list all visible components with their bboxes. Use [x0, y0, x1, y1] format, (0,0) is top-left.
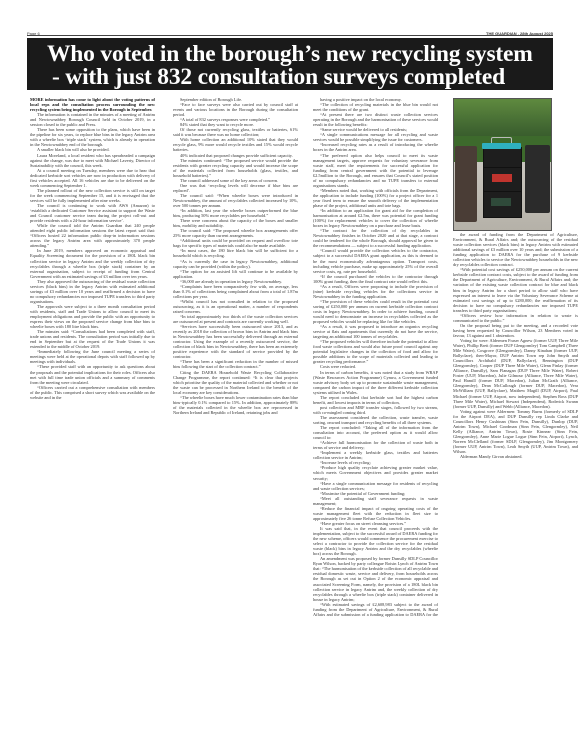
article-paragraph: “The provision of these vehicles could r… — [313, 299, 438, 324]
article-paragraph: The council said: “When wheelie boxes we… — [173, 193, 298, 208]
article-paragraph: Of those not currently recycling glass, … — [173, 127, 298, 137]
article-paragraph: “Face to face surveys were also carried … — [173, 102, 298, 117]
article-paragraph: There has been some opposition to the pl… — [30, 127, 155, 147]
article-paragraph: “The preferred option also helps council… — [313, 153, 438, 188]
article-paragraph: On the proposal being put to the meeting… — [453, 323, 578, 338]
article-paragraph: The assessment considered the collection… — [313, 415, 438, 425]
article-paragraph: Citing the DAERA Household Waste Recycli… — [173, 370, 298, 395]
article-paragraph: Laura Moreland, a local resident who has… — [30, 153, 155, 168]
article-paragraph: “In addition, last year the wheelie boxe… — [173, 208, 298, 218]
black-bin — [525, 145, 550, 213]
article-paragraph: They also approved the outsourcing of th… — [30, 279, 155, 304]
article-lead-paragraph: MORE information has come to light about… — [30, 97, 155, 112]
article-paragraph: “In most cases, the 180 litre black bin … — [173, 248, 298, 258]
article-column-3: having a positive impact on the local ec… — [313, 97, 438, 617]
article-paragraph: “At present there are two distinct waste… — [313, 112, 438, 127]
article-paragraph: “As a result, Officers were proposing to… — [313, 284, 438, 299]
article-paragraph: With home collection an additional 10% s… — [173, 137, 298, 152]
article-paragraph: “With potential cost savings of £250,000… — [453, 267, 578, 312]
article-paragraph: “Officers carried out a comprehensive co… — [30, 385, 155, 400]
box-green-label — [491, 198, 511, 206]
article-paragraph: The approvals were subject to a three mo… — [30, 304, 155, 329]
article-paragraph: The minutes continued: “The proposed ser… — [173, 158, 298, 178]
article-paragraph: “These provided staff with an opportunit… — [30, 364, 155, 384]
article-paragraph: “There has been a significant reduction … — [173, 359, 298, 369]
article-paragraph: The council said: “The proposed wheelie … — [173, 228, 298, 238]
article-paragraph: The minutes said: “Consultations had bee… — [30, 329, 155, 349]
article-paragraph: There were concerns about the capacity o… — [173, 218, 298, 228]
article-paragraph: Voting for were: Aldermen Fraser Agnew (… — [453, 338, 578, 409]
article-paragraph: “The option for an assisted lift will co… — [173, 269, 298, 279]
article-paragraph: “In total approximately two thirds of th… — [173, 314, 298, 324]
headline-banner: Who voted in the borough’s new recycling… — [27, 38, 553, 90]
article-paragraph: In June 2019, members approved an econom… — [30, 248, 155, 278]
article-paragraph: The report concluded that kerbside sort … — [313, 395, 438, 405]
box-top — [483, 147, 522, 169]
header-rule — [27, 35, 553, 36]
box-red-label — [492, 174, 512, 182]
article-paragraph: Voting against were Aldermen: Tommy Burn… — [453, 409, 578, 454]
article-paragraph: “The collection of recycling materials i… — [313, 102, 438, 112]
article-paragraph: “36,000 are already in operation in lega… — [173, 279, 298, 284]
article-photo-wheelie-box — [453, 98, 552, 231]
article-paragraph: “With estimated savings of £2,608,983 su… — [313, 602, 438, 617]
article-paragraph: “Increased recycling rates as a result o… — [313, 142, 438, 152]
article-paragraph: “Members noted that, working with offici… — [313, 188, 438, 208]
article-paragraph: The planned rollout of the new collectio… — [30, 188, 155, 203]
brown-bin — [455, 146, 477, 222]
article-paragraph: The information is contained in the minu… — [30, 112, 155, 127]
article-paragraph: “In addition to an application for grant… — [313, 208, 438, 228]
article-paragraph: “Meet all outstanding staff severance re… — [313, 496, 438, 506]
article-paragraph: “Immediately following the June council … — [30, 349, 155, 364]
article-paragraph: “As a result, it was proposed to introdu… — [313, 324, 438, 339]
article-paragraph: While the council told the Antrim Guardi… — [30, 223, 155, 248]
article-paragraph: In terms of carbon benefits, it was note… — [313, 370, 438, 395]
article-paragraph: “A single communications message for all… — [313, 132, 438, 142]
article-paragraph: “Complaints have been comparatively few … — [173, 284, 298, 299]
article-paragraph: 40% indicated that proposed changes prov… — [173, 153, 298, 158]
article-paragraph: “Produce high quality recyclate achievin… — [313, 465, 438, 480]
article-paragraph: “Officers review how information in rela… — [453, 313, 578, 323]
article-paragraph: “The proposed vehicles will therefore in… — [313, 339, 438, 364]
article-paragraph: It was said that, in the event that coun… — [313, 526, 438, 556]
article-paragraph: post collection and MRF transfer stages,… — [313, 405, 438, 415]
article-paragraph: “Whilst council has not consulted in rel… — [173, 299, 298, 314]
article-paragraph: Alderman Mandy Girvan abstained. — [453, 454, 578, 459]
article-paragraph: “The contract for the collection of dry … — [313, 228, 438, 248]
article-column-2: September edition of Borough Life.“Face … — [173, 97, 298, 415]
article-paragraph: The council is continuing to work with A… — [30, 203, 155, 223]
box-lid-teal — [482, 143, 521, 149]
article-paragraph: “Implement a weekly kerbside glass, text… — [313, 450, 438, 460]
article-paragraph: “Council would provide the collection ve… — [313, 248, 438, 273]
article-paragraph: “Reduce the financial impact of ongoing … — [313, 506, 438, 521]
article-paragraph: The report concluded: “Taking all of the… — [313, 425, 438, 440]
article-paragraph: “Additional units could be provided on r… — [173, 238, 298, 248]
article-paragraph: “Achieve full harmonisation for the coll… — [313, 440, 438, 450]
article-paragraph: the award of funding from the Department… — [453, 232, 578, 267]
article-paragraph: “Services have successfully been outsour… — [173, 324, 298, 359]
article-paragraph: An amendment was proposed by former Duns… — [313, 556, 438, 601]
article-paragraph: “The wheelie boxes have much lower conta… — [173, 395, 298, 415]
article-paragraph: “As is currently the case in legacy Newt… — [173, 259, 298, 269]
article-column-1: MORE information has come to light about… — [30, 97, 155, 400]
article-paragraph: At a council meeting on Tuesday, members… — [30, 168, 155, 188]
article-paragraph: “Have a single communication message for… — [313, 481, 438, 491]
article-paragraph: “If the council purchased the vehicles t… — [313, 274, 438, 284]
headline-line-2: - with just 832 consultation surveys com… — [52, 64, 505, 90]
article-column-4: the award of funding from the Department… — [453, 232, 578, 459]
triple-stack-box — [483, 143, 520, 219]
article-paragraph: One was that ‘recycling levels will decr… — [173, 183, 298, 193]
